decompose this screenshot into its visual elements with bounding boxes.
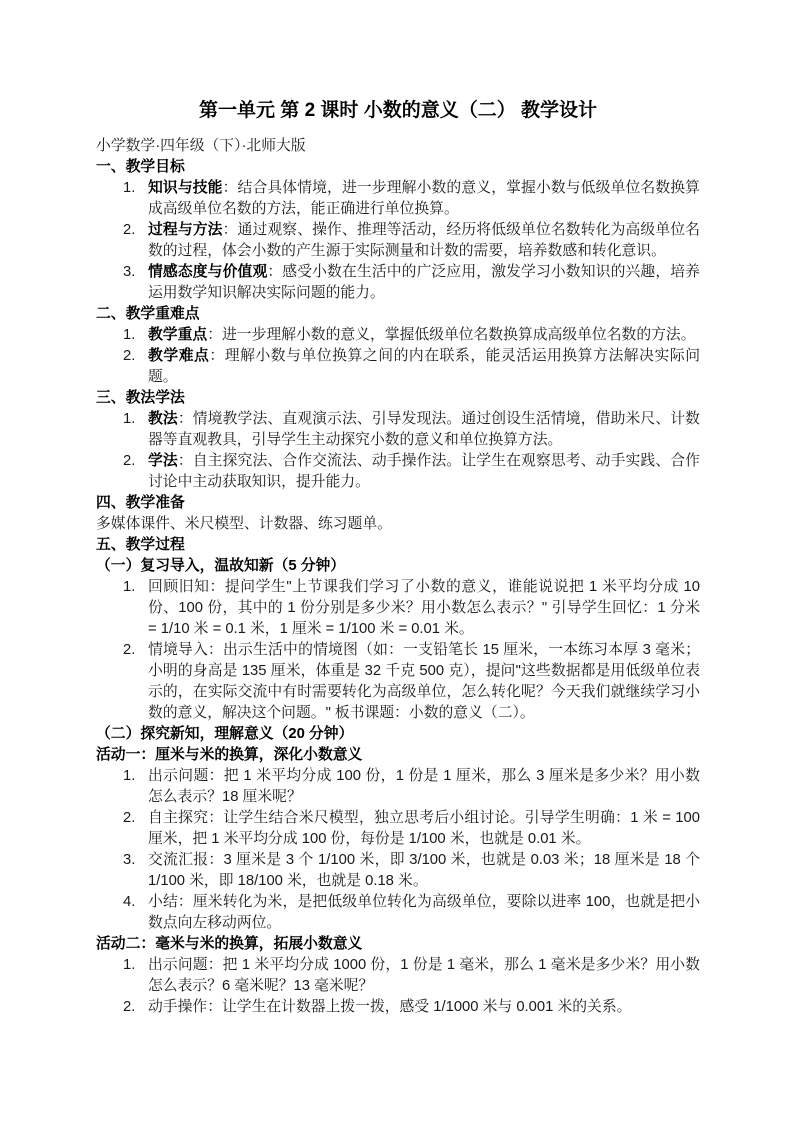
- item-number: 4.: [123, 892, 135, 913]
- item-number: 3.: [123, 262, 135, 283]
- item-text: ：进一步理解小数的意义，掌握低级单位名数换算成高级单位名数的方法。: [207, 327, 695, 343]
- list-item: 1.回顾旧知：提问学生"上节课我们学习了小数的意义，谁能说说把 1 米平均分成 …: [96, 577, 700, 640]
- activity1-heading: 活动一：厘米与米的换算，深化小数意义: [96, 745, 700, 766]
- item-lead: 教学重点: [148, 327, 207, 343]
- item-text: ：自主探究法、合作交流法、动手操作法。让学生在观察思考、动手实践、合作讨论中主动…: [148, 453, 700, 490]
- doc-title: 第一单元 第 2 课时 小数的意义（二） 教学设计: [96, 99, 700, 123]
- document-page: 第一单元 第 2 课时 小数的意义（二） 教学设计 小学数学·四年级（下）·北师…: [0, 0, 794, 1123]
- item-number: 1.: [123, 577, 135, 598]
- section-heading-objectives: 一、教学目标: [96, 157, 700, 178]
- subsection-heading-review: （一）复习导入，温故知新（5 分钟）: [96, 556, 700, 577]
- preparation-paragraph: 多媒体课件、米尺模型、计数器、练习题单。: [96, 514, 700, 535]
- list-item: 1.出示问题：把 1 米平均分成 1000 份，1 份是 1 毫米，那么 1 毫…: [96, 955, 700, 997]
- item-number: 1.: [123, 766, 135, 787]
- list-item: 2.情境导入：出示生活中的情境图（如：一支铅笔长 15 厘米，一本练习本厚 3 …: [96, 640, 700, 724]
- item-text: 自主探究：让学生结合米尺模型，独立思考后小组讨论。引导学生明确：1 米 = 10…: [148, 810, 700, 847]
- list-item: 2.教学难点：理解小数与单位换算之间的内在联系，能灵活运用换算方法解决实际问题。: [96, 346, 700, 388]
- item-text: ：结合具体情境，进一步理解小数的意义，掌握小数与低级单位名数换算成高级单位名数的…: [148, 180, 700, 217]
- item-number: 2.: [123, 640, 135, 661]
- list-item: 2.自主探究：让学生结合米尺模型，独立思考后小组讨论。引导学生明确：1 米 = …: [96, 808, 700, 850]
- item-number: 1.: [123, 178, 135, 199]
- item-text: ：情境教学法、直观演示法、引导发现法。通过创设生活情境，借助米尺、计数器等直观教…: [148, 411, 700, 448]
- doc-subtitle: 小学数学·四年级（下）·北师大版: [96, 136, 700, 157]
- item-lead: 情感态度与价值观: [148, 264, 267, 280]
- list-item: 3.情感态度与价值观：感受小数在生活中的广泛应用，激发学习小数知识的兴趣，培养运…: [96, 262, 700, 304]
- item-number: 2.: [123, 220, 135, 241]
- subsection-heading-explore: （二）探究新知，理解意义（20 分钟）: [96, 724, 700, 745]
- list-item: 2.动手操作：让学生在计数器上拨一拨，感受 1/1000 米与 0.001 米的…: [96, 997, 700, 1018]
- list-item: 4.小结：厘米转化为米，是把低级单位转化为高级单位，要除以进率 100，也就是把…: [96, 892, 700, 934]
- item-text: 动手操作：让学生在计数器上拨一拨，感受 1/1000 米与 0.001 米的关系…: [148, 999, 631, 1015]
- item-lead: 学法: [148, 453, 178, 469]
- item-text: 交流汇报：3 厘米是 3 个 1/100 米，即 3/100 米，也就是 0.0…: [148, 852, 700, 889]
- list-item: 3.交流汇报：3 厘米是 3 个 1/100 米，即 3/100 米，也就是 0…: [96, 850, 700, 892]
- item-lead: 教法: [148, 411, 178, 427]
- list-item: 2.学法：自主探究法、合作交流法、动手操作法。让学生在观察思考、动手实践、合作讨…: [96, 451, 700, 493]
- item-number: 2.: [123, 997, 135, 1018]
- section-heading-key-points: 二、教学重难点: [96, 304, 700, 325]
- item-text: 回顾旧知：提问学生"上节课我们学习了小数的意义，谁能说说把 1 米平均分成 10…: [148, 579, 700, 637]
- item-text: 出示问题：把 1 米平均分成 100 份，1 份是 1 厘米，那么 3 厘米是多…: [148, 768, 700, 805]
- list-item: 2.过程与方法：通过观察、操作、推理等活动，经历将低级单位名数转化为高级单位名数…: [96, 220, 700, 262]
- item-text: ：通过观察、操作、推理等活动，经历将低级单位名数转化为高级单位名数的过程，体会小…: [148, 222, 700, 259]
- list-item: 1.知识与技能：结合具体情境，进一步理解小数的意义，掌握小数与低级单位名数换算成…: [96, 178, 700, 220]
- item-text: 小结：厘米转化为米，是把低级单位转化为高级单位，要除以进率 100，也就是把小数…: [148, 894, 700, 931]
- item-number: 1.: [123, 325, 135, 346]
- section-heading-methods: 三、教法学法: [96, 388, 700, 409]
- item-number: 3.: [123, 850, 135, 871]
- item-number: 2.: [123, 451, 135, 472]
- section-heading-process: 五、教学过程: [96, 535, 700, 556]
- item-lead: 教学难点: [148, 348, 209, 364]
- list-item: 1.教法：情境教学法、直观演示法、引导发现法。通过创设生活情境，借助米尺、计数器…: [96, 409, 700, 451]
- list-item: 1.出示问题：把 1 米平均分成 100 份，1 份是 1 厘米，那么 3 厘米…: [96, 766, 700, 808]
- item-text: 情境导入：出示生活中的情境图（如：一支铅笔长 15 厘米，一本练习本厚 3 毫米…: [148, 642, 700, 721]
- item-number: 2.: [123, 808, 135, 829]
- list-item: 1.教学重点：进一步理解小数的意义，掌握低级单位名数换算成高级单位名数的方法。: [96, 325, 700, 346]
- item-lead: 知识与技能: [148, 180, 223, 196]
- item-number: 1.: [123, 409, 135, 430]
- section-heading-preparation: 四、教学准备: [96, 493, 700, 514]
- item-text: 出示问题：把 1 米平均分成 1000 份，1 份是 1 毫米，那么 1 毫米是…: [148, 957, 700, 994]
- activity2-heading: 活动二：毫米与米的换算，拓展小数意义: [96, 934, 700, 955]
- item-lead: 过程与方法: [148, 222, 223, 238]
- item-text: ：理解小数与单位换算之间的内在联系，能灵活运用换算方法解决实际问题。: [148, 348, 700, 385]
- item-number: 1.: [123, 955, 135, 976]
- item-number: 2.: [123, 346, 135, 367]
